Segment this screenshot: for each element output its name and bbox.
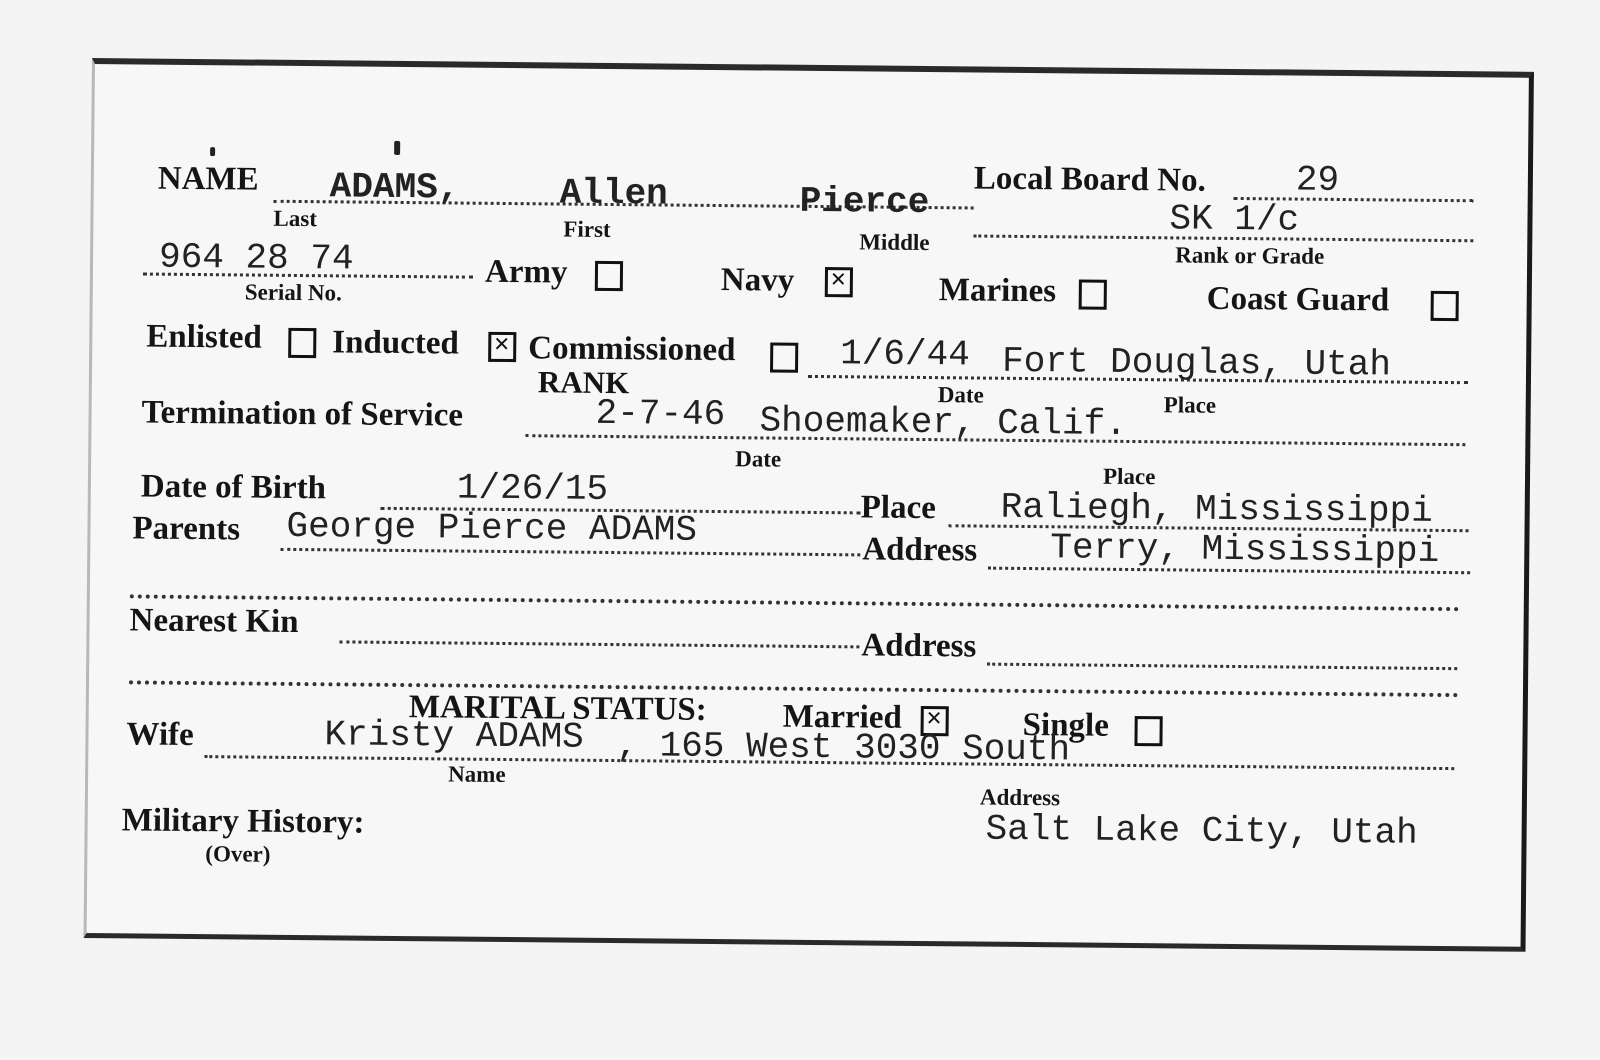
birth-place-value: Raliegh, Mississippi — [1001, 487, 1433, 532]
wife-label: Wife — [126, 716, 194, 754]
first-name-value: Allen — [560, 172, 668, 214]
entry-date-value: 1/6/44 — [840, 333, 970, 375]
branch-marines-label: Marines — [939, 272, 1057, 310]
coast-guard-checkbox[interactable] — [1431, 291, 1459, 321]
dob-value: 1/26/15 — [457, 468, 609, 510]
military-history-label: Military History: — [122, 802, 365, 841]
service-record-card: NAME ADAMS, Allen Pierce Last First Midd… — [84, 58, 1534, 952]
parents-address-value: Terry, Mississippi — [1050, 527, 1439, 572]
separator-line — [130, 594, 1460, 611]
speck-mark — [210, 147, 215, 156]
parents-label: Parents — [132, 510, 240, 548]
rank-caption: Rank or Grade — [1175, 242, 1324, 269]
local-board-value: 29 — [1296, 160, 1340, 201]
commissioned-checkbox[interactable] — [770, 343, 798, 373]
termination-date-value: 2-7-46 — [595, 393, 725, 435]
birth-place-label: Place — [861, 489, 936, 527]
middle-caption: Middle — [859, 229, 930, 256]
entry-place-caption: Place — [1164, 392, 1217, 419]
entry-commissioned-label: Commissioned — [528, 330, 736, 369]
first-caption: First — [563, 217, 611, 243]
entry-place-value: Fort Douglas, Utah — [1002, 341, 1391, 386]
serial-caption: Serial No. — [245, 279, 342, 306]
wife-name-value: Kristy ADAMS — [324, 714, 584, 757]
termination-date-caption: Date — [735, 446, 781, 472]
termination-place-caption: Place — [1103, 464, 1156, 491]
kin-address-line — [987, 663, 1457, 671]
nearest-kin-label: Nearest Kin — [129, 602, 298, 641]
separator-line — [129, 680, 1459, 697]
termination-place-value: Shoemaker, Calif. — [759, 400, 1127, 445]
last-caption: Last — [273, 206, 317, 232]
army-checkbox[interactable] — [595, 261, 623, 291]
single-checkbox[interactable] — [1134, 716, 1162, 746]
branch-army-label: Army — [485, 254, 568, 292]
branch-navy-label: Navy — [721, 262, 795, 300]
marines-checkbox[interactable] — [1079, 279, 1107, 309]
local-board-label: Local Board No. — [974, 160, 1206, 199]
branch-coast-guard-label: Coast Guard — [1207, 281, 1390, 320]
dob-label: Date of Birth — [141, 468, 326, 507]
entry-inducted-label: Inducted — [332, 324, 459, 362]
rank-value: SK 1/c — [1169, 198, 1299, 240]
nearest-kin-line — [339, 640, 859, 648]
entry-enlisted-label: Enlisted — [146, 319, 262, 357]
kin-address-label: Address — [861, 627, 976, 665]
navy-checkbox[interactable] — [825, 267, 853, 297]
wife-address-line1: , 165 West 3030 South — [616, 725, 1070, 770]
last-name-value: ADAMS, — [330, 166, 460, 208]
termination-label: Termination of Service — [141, 394, 463, 434]
serial-value: 964 28 74 — [159, 237, 354, 280]
middle-name-value: Pierce — [799, 181, 929, 223]
parents-value: George Pierce ADAMS — [286, 506, 697, 551]
wife-address-line2: Salt Lake City, Utah — [985, 809, 1417, 854]
over-label: (Over) — [205, 841, 270, 868]
parents-address-label: Address — [862, 531, 977, 569]
enlisted-checkbox[interactable] — [288, 328, 316, 358]
wife-name-caption: Name — [448, 761, 506, 788]
inducted-checkbox[interactable] — [488, 332, 516, 362]
wife-address-caption: Address — [980, 785, 1060, 812]
name-label: NAME — [158, 161, 259, 199]
speck-mark — [394, 141, 400, 155]
